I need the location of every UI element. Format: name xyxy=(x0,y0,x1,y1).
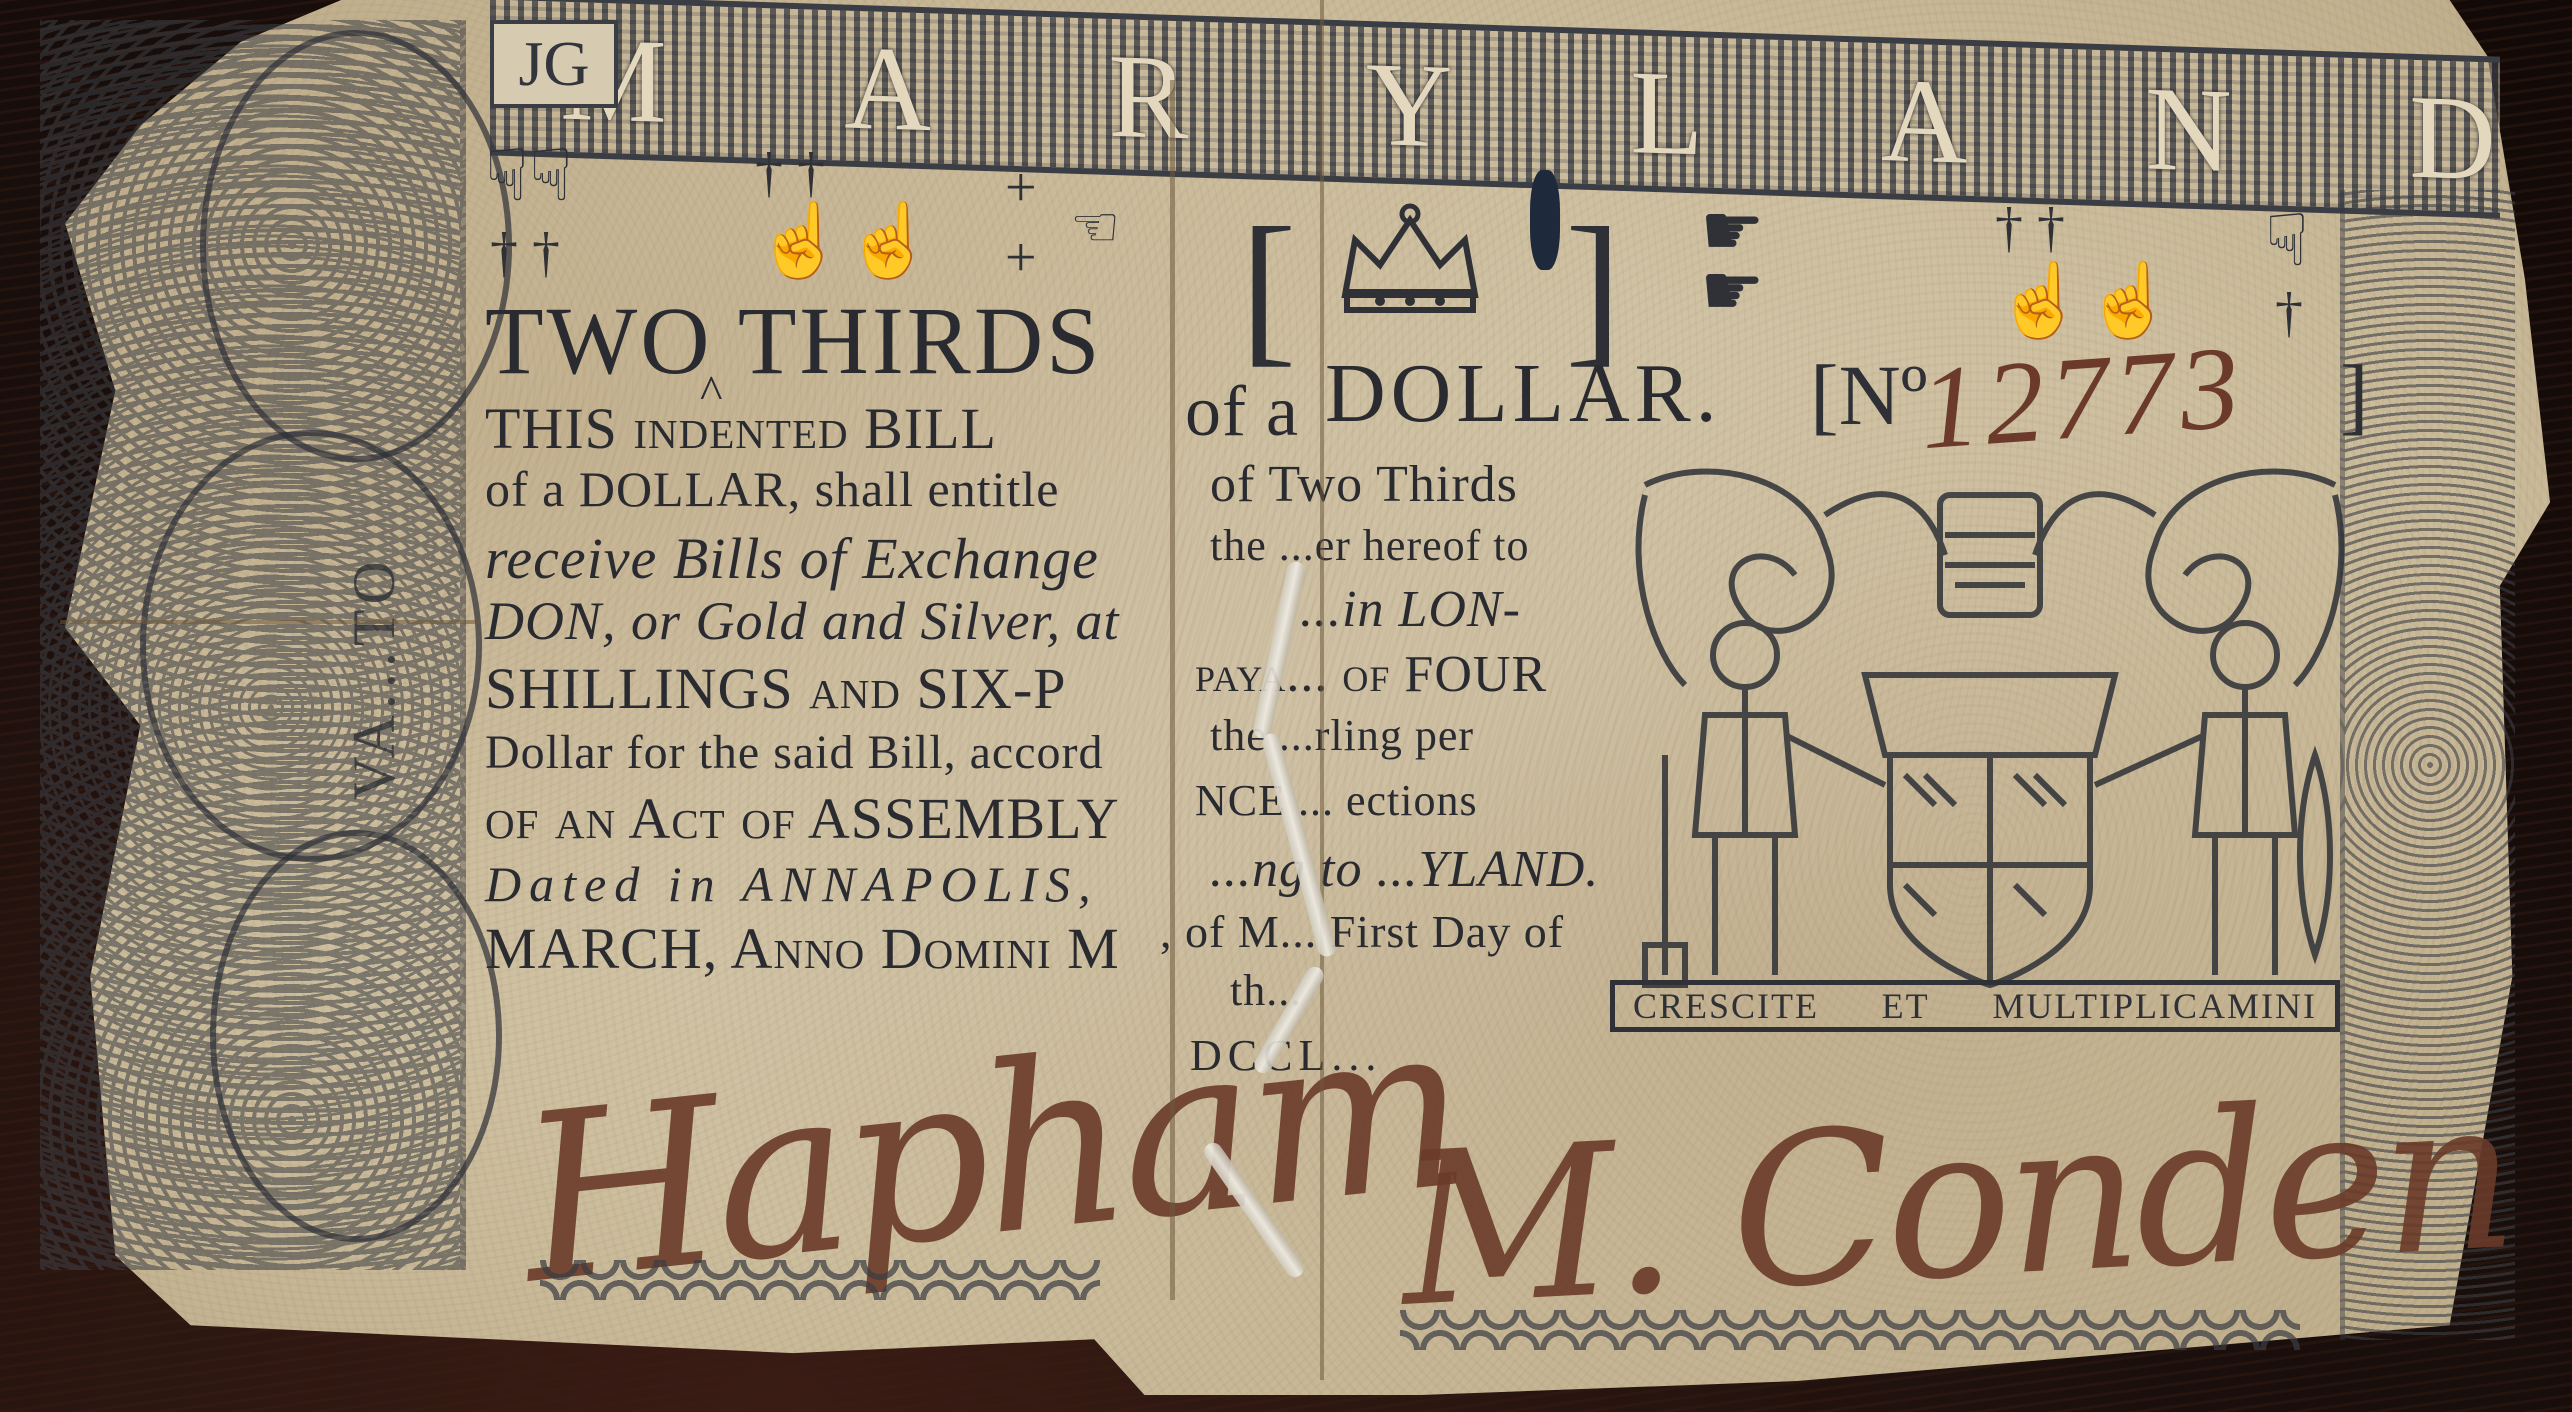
fold-line xyxy=(60,620,480,624)
banner-letter: L xyxy=(1630,43,1707,183)
coat-of-arms-illustration xyxy=(1625,455,2355,995)
body-line: THIS indented BILL xyxy=(485,395,997,462)
pointing-hand-icon: ☛ xyxy=(1700,255,1765,327)
dagger-cross-icon: † † xyxy=(490,225,560,281)
dagger-cross-icon: + xyxy=(1005,230,1037,286)
pointing-hand-icon: ☜ xyxy=(1070,200,1120,256)
serial-prefix: [Nº xyxy=(1810,345,1927,445)
body-line: Dollar for the said Bill, accord xyxy=(485,725,1103,780)
body-line: Dated in ANNAPOLIS, xyxy=(485,855,1099,913)
pointing-hand-icon: ☟ xyxy=(2265,205,2309,277)
dagger-cross-icon: + xyxy=(1005,160,1037,216)
motto-right: MULTIPLICAMINI xyxy=(1992,985,2317,1027)
body-line: MARCH, Anno Domini M xyxy=(485,915,1120,982)
dagger-cross-icon: † † xyxy=(755,145,825,201)
body-line: of Two Thirds xyxy=(1210,455,1518,514)
ornamental-oval-bottom xyxy=(210,830,502,1242)
pointing-hand-icon: ☝☝ xyxy=(755,205,934,277)
banner-letter: N xyxy=(2145,59,2236,200)
body-line: receive Bills of Exchange xyxy=(485,525,1099,592)
banner-letter: A xyxy=(844,18,935,159)
dagger-cross-icon: † † xyxy=(1995,200,2065,256)
body-line: the ...rling per xyxy=(1210,710,1474,761)
hole-in-paper xyxy=(1530,170,1560,270)
fold-line xyxy=(1320,0,1324,1380)
body-line: ...in LON- xyxy=(1300,580,1521,639)
plate-initials: JG xyxy=(490,20,618,108)
body-line: the ...er hereof to xyxy=(1210,520,1530,571)
ornamental-oval-middle xyxy=(140,430,482,862)
left-border-vertical-text: VA...TO xyxy=(340,450,430,800)
body-line: ...ng to ...YLAND. xyxy=(1210,840,1599,899)
ornamental-oval-top xyxy=(200,30,512,462)
dagger-cross-icon: † xyxy=(2275,285,2303,341)
motto-left: CRESCITE xyxy=(1633,985,1819,1027)
motto-mid: ET xyxy=(1882,985,1930,1027)
wavy-border-right xyxy=(1400,1310,2300,1350)
body-line: of a DOLLAR, shall entitle xyxy=(485,460,1060,518)
pointing-hand-icon: ☟☟ xyxy=(485,140,573,212)
banner-letter: D xyxy=(2409,68,2500,209)
banner-letter: Y xyxy=(1366,35,1457,176)
coat-of-arms-motto: CRESCITE ET MULTIPLICAMINI xyxy=(1610,980,2340,1032)
banner-letter: A xyxy=(1881,51,1972,192)
body-line: of a xyxy=(1185,370,1299,453)
fold-line xyxy=(1170,80,1175,1300)
serial-closing: ] xyxy=(2340,345,2369,445)
wavy-border-left xyxy=(540,1260,1100,1300)
denomination-subtitle: DOLLAR. xyxy=(1325,345,1722,442)
body-line: of an Act of ASSEMBLY xyxy=(485,785,1120,852)
body-line: SHILLINGS and SIX-P xyxy=(485,655,1067,722)
serial-number: 12773 xyxy=(1916,319,2250,477)
body-line: paya... of FOUR xyxy=(1195,645,1547,704)
banner-letter: R xyxy=(1108,27,1192,168)
crown-icon xyxy=(1335,200,1485,320)
denomination-title: TWO THIRDS xyxy=(485,285,1103,396)
body-line: NCE ... ections xyxy=(1195,775,1478,826)
body-line: , of M... First Day of xyxy=(1160,905,1564,958)
body-line: DON, or Gold and Silver, at xyxy=(485,590,1120,652)
bracket-icon: [ xyxy=(1240,190,1297,385)
